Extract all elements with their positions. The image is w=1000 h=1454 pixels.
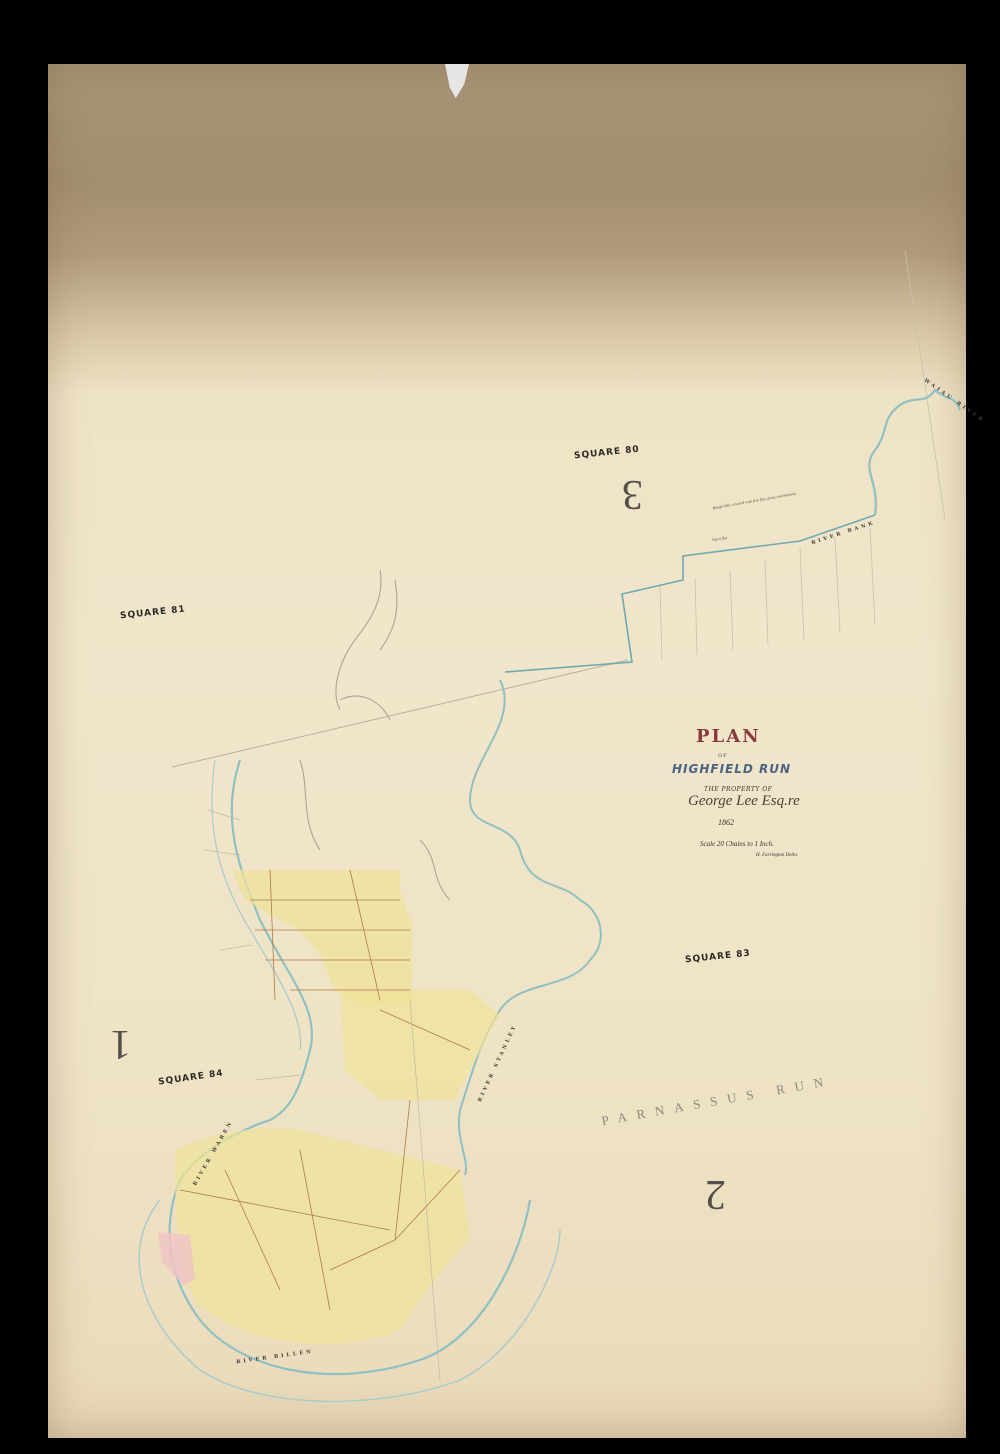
title-plan: PLAN — [696, 726, 761, 747]
title-run-name: HIGHFIELD RUN — [672, 762, 791, 776]
survey-baseline — [172, 660, 628, 767]
title-owner: George Lee Esq.re — [688, 793, 800, 810]
ne-section-lines — [660, 250, 945, 660]
freehold-block-central — [340, 990, 500, 1100]
title-property-line: THE PROPERTY OF — [704, 786, 772, 793]
title-of: OF — [718, 753, 728, 759]
map-drawing — [0, 0, 1000, 1454]
title-surveyor: H. Farrington Delin. — [756, 853, 798, 858]
title-scale: Scale 20 Chains to 1 Inch. — [700, 840, 774, 848]
pencil-marker-1: 1 — [110, 1020, 131, 1068]
pencil-marker-2: 2 — [705, 1170, 726, 1218]
title-year: 1862 — [718, 818, 734, 827]
freehold-block-north — [232, 870, 412, 1005]
hill-hachures — [300, 570, 450, 900]
freehold-block-south — [175, 1128, 470, 1344]
ne-river — [869, 390, 960, 515]
pencil-marker-3: 3 — [622, 470, 643, 518]
pink-lot — [158, 1232, 195, 1285]
